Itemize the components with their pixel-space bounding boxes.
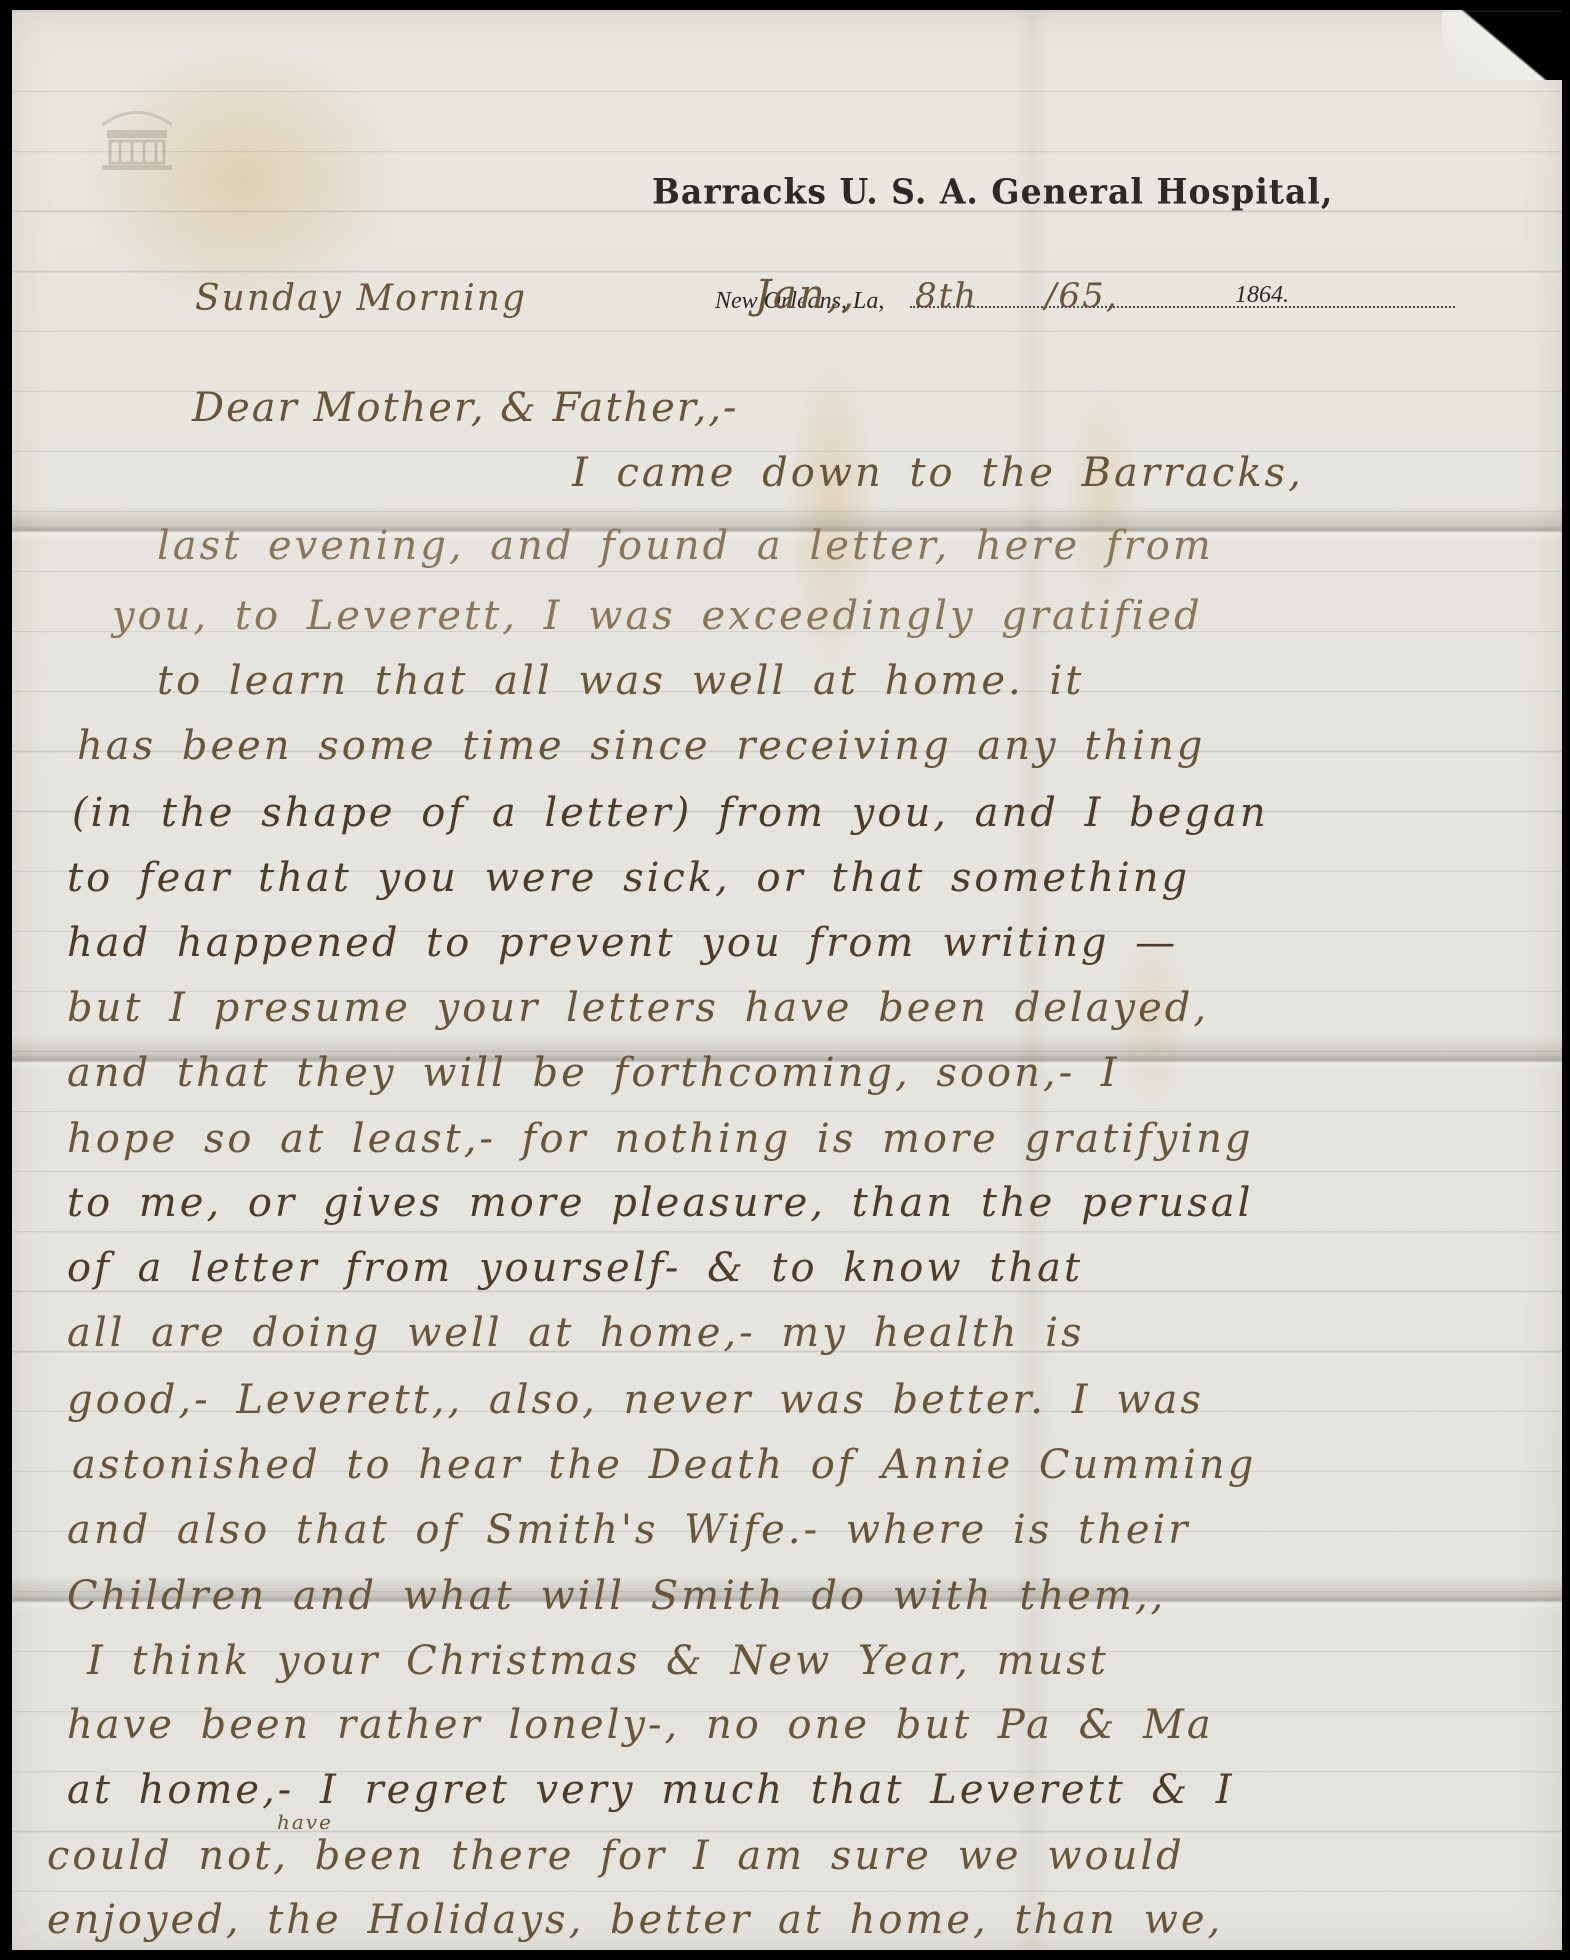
body-line: good,- Leverett,, also, never was better…: [67, 1377, 1204, 1423]
interlinear-insert: have: [277, 1810, 333, 1834]
body-line: and that they will be forthcoming, soon,…: [67, 1050, 1120, 1096]
body-line: could not, been there for I am sure we w…: [47, 1833, 1185, 1879]
body-line: (in the shape of a letter) from you, and…: [72, 790, 1269, 836]
body-line: had happened to prevent you from writing…: [67, 920, 1178, 966]
letter-page: Barracks U. S. A. General Hospital, Sund…: [12, 10, 1562, 1950]
body-line: hope so at least,- for nothing is more g…: [67, 1116, 1254, 1162]
letter-body: I came down to the Barracks, last evenin…: [12, 10, 1562, 1950]
body-line: of a letter from yourself- & to know tha…: [67, 1245, 1083, 1291]
body-line: I think your Christmas & New Year, must: [87, 1638, 1109, 1684]
body-line: to fear that you were sick, or that some…: [67, 855, 1190, 901]
body-line: has been some time since receiving any t…: [77, 723, 1205, 769]
body-line: last evening, and found a letter, here f…: [157, 523, 1214, 569]
body-line: astonished to hear the Death of Annie Cu…: [72, 1442, 1256, 1488]
body-line: to me, or gives more pleasure, than the …: [67, 1180, 1253, 1226]
body-line: at home,- I regret very much that Levere…: [67, 1767, 1235, 1813]
body-line: but I presume your letters have been del…: [67, 985, 1209, 1031]
body-line: all are doing well at home,- my health i…: [67, 1310, 1085, 1356]
scan-border-bottom: [0, 1950, 1570, 1960]
body-line: you, to Leverett, I was exceedingly grat…: [112, 593, 1203, 639]
body-line: have been rather lonely-, no one but Pa …: [67, 1702, 1214, 1748]
body-line: I came down to the Barracks,: [572, 450, 1304, 496]
body-line: and also that of Smith's Wife.- where is…: [67, 1507, 1190, 1553]
body-line: to learn that all was well at home. it: [157, 658, 1084, 704]
body-line: enjoyed, the Holidays, better at home, t…: [47, 1897, 1223, 1943]
body-line: Children and what will Smith do with the…: [67, 1573, 1166, 1619]
